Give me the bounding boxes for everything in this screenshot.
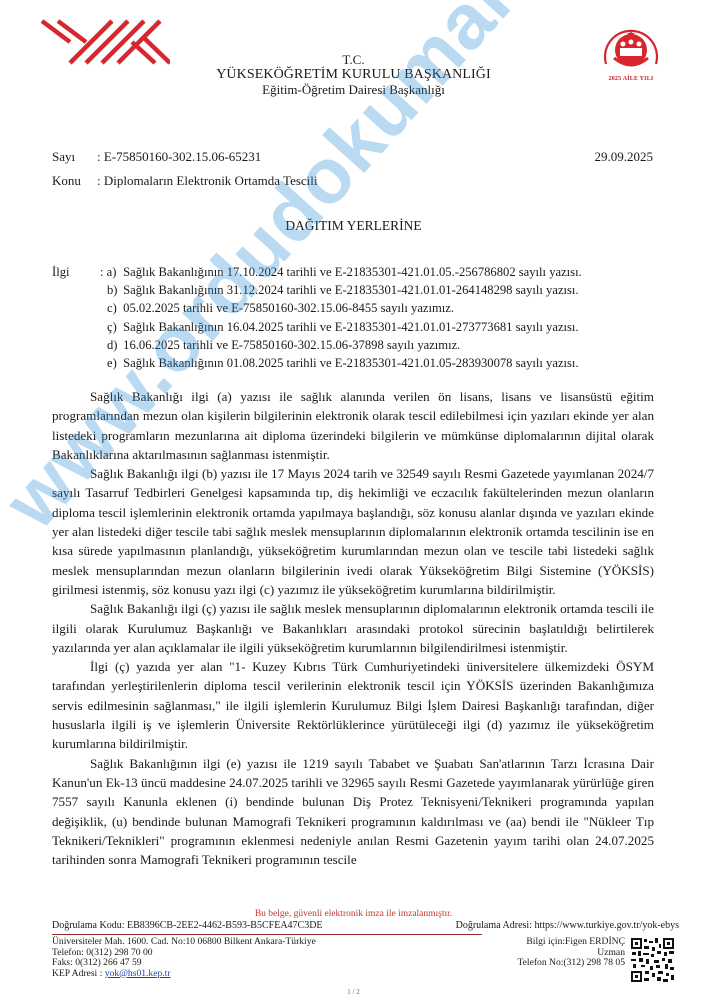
qr-code-icon [630, 937, 675, 983]
ilgi-label: İlgi [52, 263, 97, 281]
footer-kep: KEP Adresi : yok@hs01.kep.tr [52, 969, 316, 980]
footer-divider [340, 934, 482, 935]
body-paragraph: Sağlık Bakanlığının ilgi (e) yazısı ile … [52, 754, 654, 870]
ilgi-item: ç) Sağlık Bakanlığının 16.04.2025 tarihl… [100, 318, 582, 336]
distribution-title: DAĞITIM YERLERİNE [0, 218, 707, 234]
kep-email-link[interactable]: yok@hs01.kep.tr [105, 968, 171, 979]
konu-row: Konu: Diplomaların Elektronik Ortamda Te… [52, 173, 318, 189]
header-tc: T.C. [0, 52, 707, 67]
konu-label: Konu [52, 173, 97, 189]
sayi-value: : E-75850160-302.15.06-65231 [97, 149, 261, 164]
konu-value: : Diplomaların Elektronik Ortamda Tescil… [97, 173, 318, 188]
footer-contact-block: Bilgi için:Figen ERDİNÇ Uzman Telefon No… [517, 937, 625, 969]
body-paragraph: Sağlık Bakanlığı ilgi (ç) yazısı ile sağ… [52, 599, 654, 657]
ilgi-item: c) 05.02.2025 tarihli ve E-75850160-302.… [100, 299, 582, 317]
body-paragraph: İlgi (ç) yazıda yer alan "1- Kuzey Kıbrı… [52, 657, 654, 753]
ilgi-item: d) 16.06.2025 tarihli ve E-75850160-302.… [100, 336, 582, 354]
contact-person: Bilgi için:Figen ERDİNÇ [517, 937, 625, 948]
body-paragraph: Sağlık Bakanlığı ilgi (b) yazısı ile 17 … [52, 464, 654, 599]
document-date: 29.09.2025 [595, 149, 654, 165]
contact-phone: Telefon No:(312) 298 78 05 [517, 958, 625, 969]
footer-divider [52, 934, 340, 935]
verification-address: Doğrulama Adresi: https://www.turkiye.go… [456, 920, 679, 931]
sayi-label: Sayı [52, 149, 97, 165]
ilgi-item: b) Sağlık Bakanlığının 31.12.2024 tarihl… [100, 281, 582, 299]
sayi-row: Sayı: E-75850160-302.15.06-65231 [52, 149, 261, 165]
e-signature-note: Bu belge, güvenli elektronik imza ile im… [0, 909, 707, 919]
page-number: 1 / 2 [0, 988, 707, 996]
verification-code: Doğrulama Kodu: EB8396CB-2EE2-4462-B593-… [52, 920, 323, 931]
footer-address: Üniversiteler Mah. 1600. Cad. No:10 0680… [52, 937, 316, 948]
header-institution: YÜKSEKÖĞRETİM KURULU BAŞKANLIĞI [0, 67, 707, 82]
letter-body: Sağlık Bakanlığı ilgi (a) yazısı ile sağ… [52, 387, 654, 869]
ilgi-list: : a) Sağlık Bakanlığının 17.10.2024 tari… [100, 263, 582, 372]
ilgi-item: e) Sağlık Bakanlığının 01.08.2025 tarihl… [100, 354, 582, 372]
footer-address-block: Üniversiteler Mah. 1600. Cad. No:10 0680… [52, 937, 316, 979]
ilgi-item: : a) Sağlık Bakanlığının 17.10.2024 tari… [100, 263, 582, 281]
body-paragraph: Sağlık Bakanlığı ilgi (a) yazısı ile sağ… [52, 387, 654, 464]
letterhead: T.C. YÜKSEKÖĞRETİM KURULU BAŞKANLIĞI Eği… [0, 52, 707, 97]
header-department: Eğitim-Öğretim Dairesi Başkanlığı [0, 82, 707, 97]
